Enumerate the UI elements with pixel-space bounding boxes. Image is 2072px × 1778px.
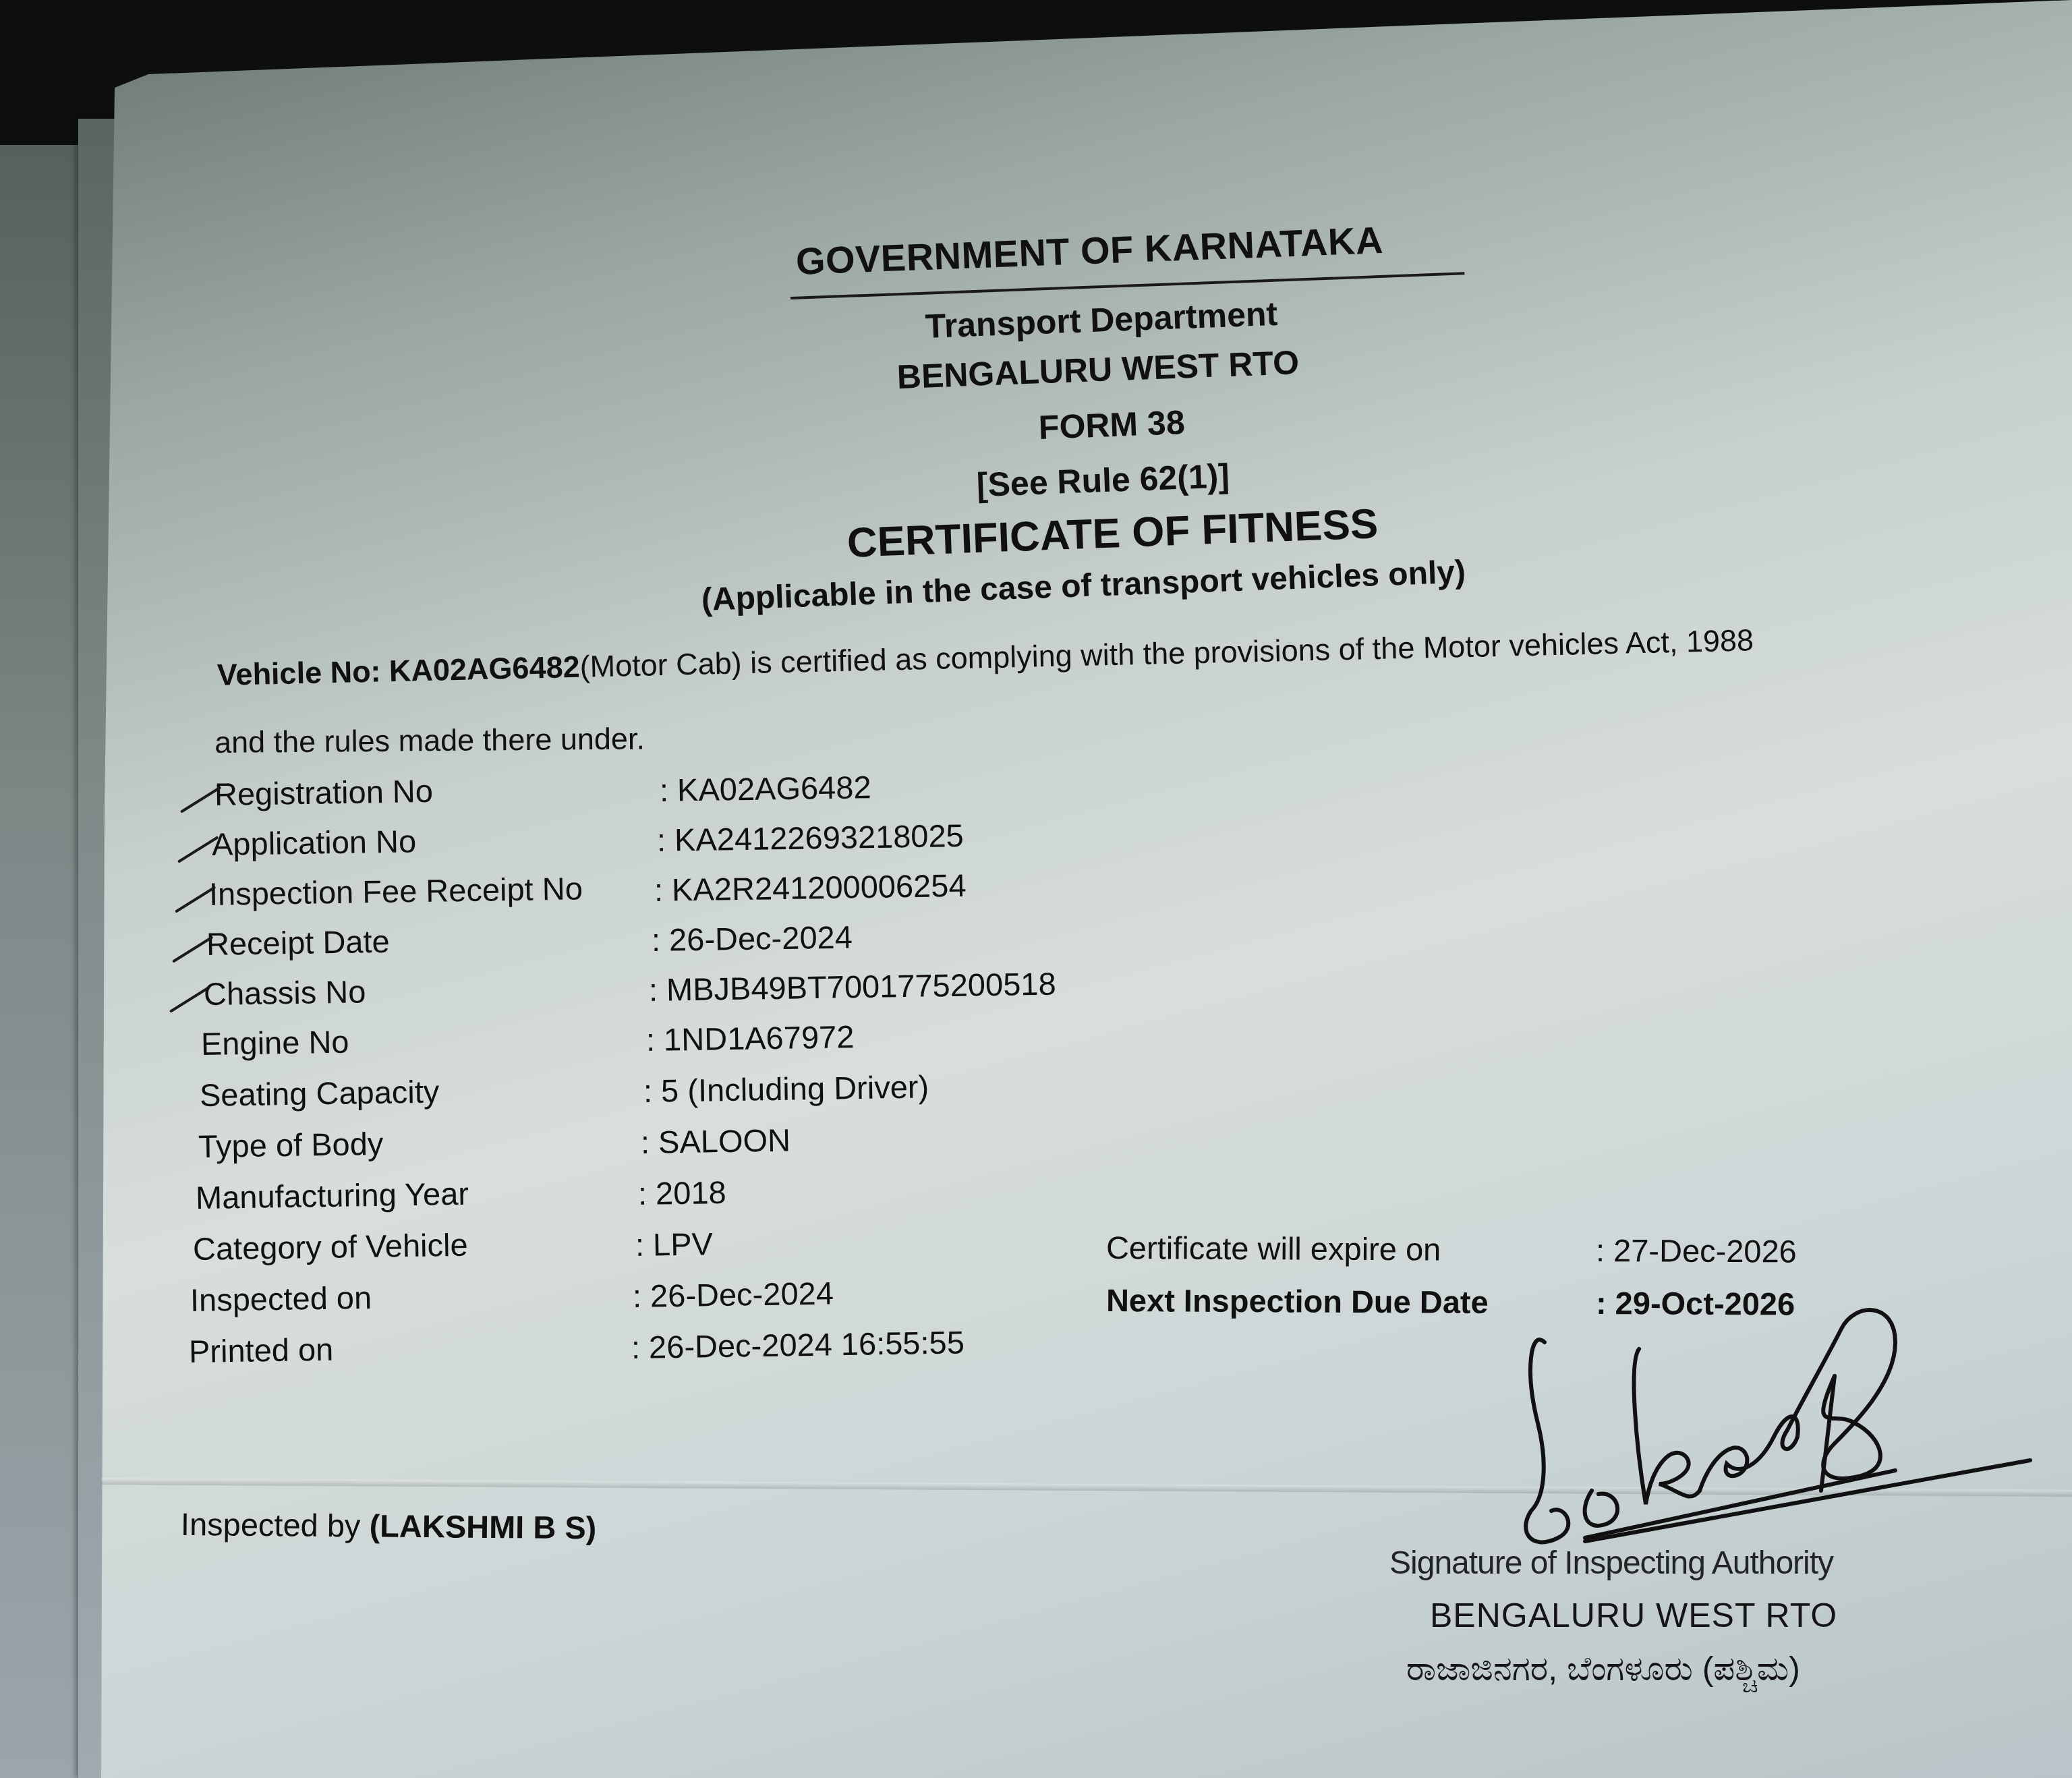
- field-label: Application No: [212, 822, 417, 863]
- field-label: Manufacturing Year: [196, 1175, 469, 1216]
- inspector-name: (LAKSHMI B S): [369, 1508, 596, 1545]
- certification-statement: Vehicle No: KA02AG6482(Motor Cab) is cer…: [217, 623, 1754, 693]
- field-label: Type of Body: [198, 1125, 384, 1165]
- applicability-note: (Applicable in the case of transport veh…: [701, 553, 1466, 619]
- field-value: : KA02AG6482: [660, 768, 871, 809]
- field-label: Seating Capacity: [200, 1072, 440, 1114]
- field-label: Inspection Fee Receipt No: [209, 869, 583, 913]
- expiry-value: : 27-Dec-2026: [1596, 1232, 1797, 1270]
- certificate-title: CERTIFICATE OF FITNESS: [846, 500, 1379, 567]
- field-label: Printed on: [189, 1331, 334, 1370]
- field-label: Inspected on: [190, 1279, 372, 1319]
- certification-statement-cont: and the rules made there under.: [214, 721, 645, 760]
- field-value: : LPV: [635, 1225, 714, 1263]
- vehicle-number: Vehicle No: KA02AG6482: [217, 650, 580, 692]
- government-heading: GOVERNMENT OF KARNATAKA: [795, 218, 1384, 283]
- field-value: : MBJB49BT7001775200518: [649, 965, 1056, 1008]
- field-value: : SALOON: [641, 1122, 791, 1161]
- statement-text: is certified as complying with the provi…: [741, 623, 1754, 680]
- field-label: Category of Vehicle: [193, 1226, 468, 1267]
- next-inspection-label: Next Inspection Due Date: [1106, 1282, 1489, 1321]
- stamp-office-line: BENGALURU WEST RTO: [1430, 1596, 1837, 1635]
- field-value: : KA24122693218025: [657, 817, 965, 859]
- field-value: : 26-Dec-2024: [652, 918, 853, 958]
- department-heading: Transport Department: [925, 294, 1278, 346]
- expiry-label: Certificate will expire on: [1106, 1229, 1441, 1268]
- field-label: Engine No: [201, 1023, 349, 1062]
- field-value: : 26-Dec-2024: [633, 1274, 834, 1315]
- stamp-authority-line: Signature of Inspecting Authority: [1389, 1545, 1833, 1582]
- vehicle-type: (Motor Cab): [579, 646, 742, 683]
- field-value: : 26-Dec-2024 16:55:55: [631, 1323, 965, 1366]
- field-value: : 5 (Including Driver): [643, 1068, 929, 1110]
- inspector-prefix: Inspected by: [181, 1506, 370, 1543]
- field-value: : 2018: [638, 1174, 727, 1212]
- stamp-kannada-line: ರಾಜಾಜಿನಗರ, ಬೆಂಗಳೂರು (ಪಶ್ಚಿಮ): [1406, 1649, 1800, 1689]
- signature-icon: [1518, 1288, 2044, 1558]
- field-label: Registration No: [214, 772, 434, 813]
- field-value: : 1ND1A67972: [646, 1018, 855, 1058]
- form-number: FORM 38: [1038, 403, 1186, 447]
- certificate-document: GOVERNMENT OF KARNATAKA Transport Depart…: [0, 0, 2072, 1778]
- field-label: Receipt Date: [206, 923, 391, 963]
- inspector-line: Inspected by (LAKSHMI B S): [181, 1505, 597, 1546]
- office-heading: BENGALURU WEST RTO: [896, 343, 1300, 397]
- field-value: : KA2R241200006254: [654, 867, 967, 909]
- rule-reference: [See Rule 62(1)]: [976, 456, 1230, 505]
- field-label: Chassis No: [204, 973, 366, 1012]
